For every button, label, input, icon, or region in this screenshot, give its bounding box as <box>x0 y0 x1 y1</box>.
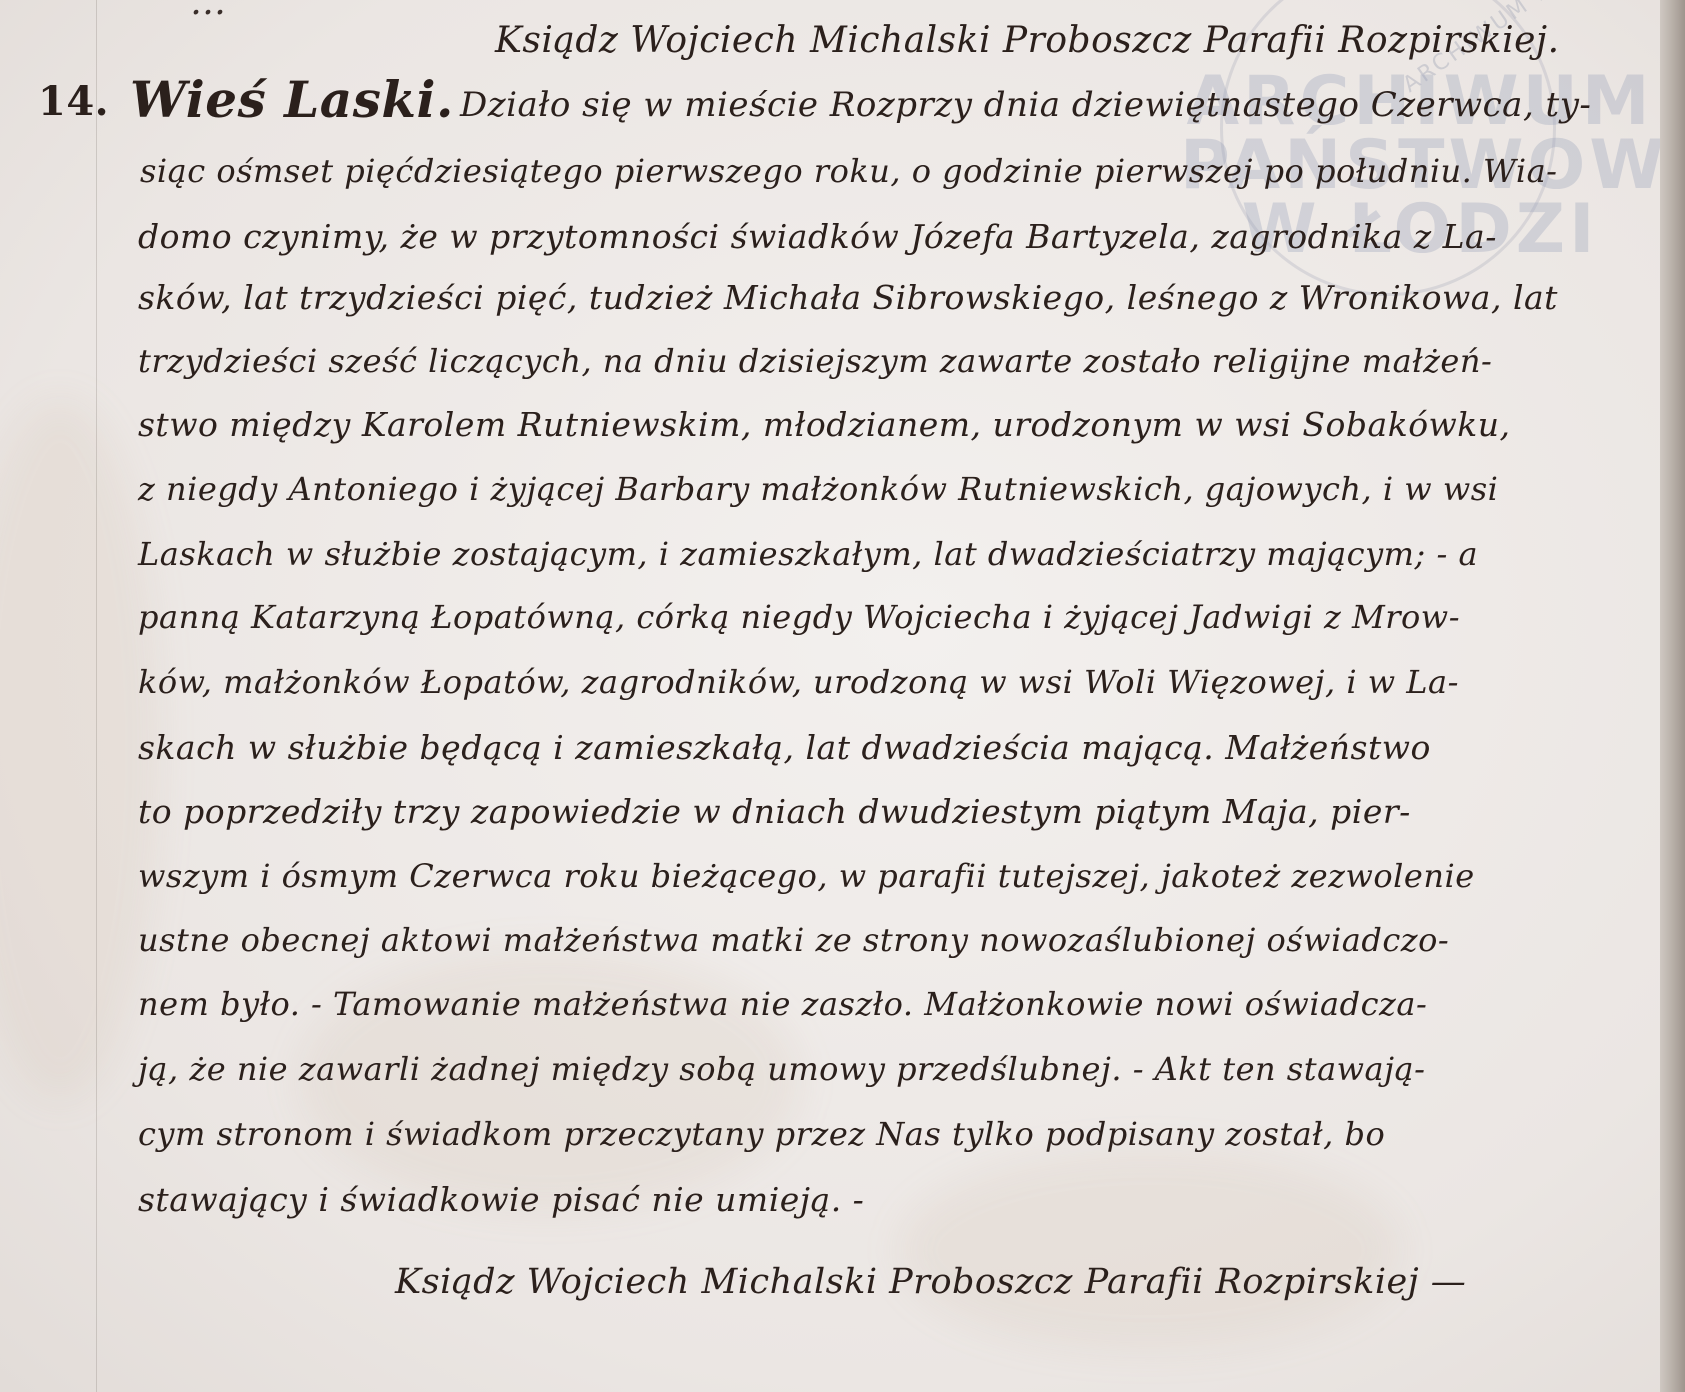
entry-line: sków, lat trzydzieści pięć, tudzież Mich… <box>138 278 1558 317</box>
entry-line: ją, że nie zawarli żadnej między sobą um… <box>138 1050 1425 1088</box>
entry-line: skach w służbie będącą i zamieszkałą, la… <box>138 728 1431 767</box>
entry-village-heading: Wieś Laski. <box>130 70 454 129</box>
entry-line: cym stronom i świadkom przeczytany przez… <box>138 1115 1385 1153</box>
entry-line: stwo między Karolem Rutniewskim, młodzia… <box>138 405 1511 444</box>
scanned-page: ARCHIWUM P ARCHIWUM PAŃSTWOWE W ŁODZI … … <box>0 0 1660 1392</box>
entry-line: Działo się w mieście Rozprzy dnia dziewi… <box>460 85 1591 125</box>
previous-entry-signature: Ksiądz Wojciech Michalski Proboszcz Para… <box>495 20 1560 61</box>
entry-line: wszym i ósmym Czerwca roku bieżącego, w … <box>138 857 1475 895</box>
entry-line: trzydzieści sześć liczących, na dniu dzi… <box>138 342 1492 380</box>
entry-line: siąc ośmset pięćdziesiątego pierwszego r… <box>140 152 1557 190</box>
entry-line: panną Katarzyną Łopatówną, córką niegdy … <box>138 598 1460 636</box>
entry-line: to poprzedziły trzy zapowiedzie w dniach… <box>138 792 1411 831</box>
entry-line: stawający i świadkowie pisać nie umieją.… <box>138 1180 864 1219</box>
entry-line: nem było. - Tamowanie małżeństwa nie zas… <box>138 985 1427 1023</box>
margin-line <box>96 0 97 1392</box>
entry-line: z niegdy Antoniego i żyjącej Barbary mał… <box>138 470 1498 508</box>
paper-stain <box>0 400 160 1100</box>
page-binding-edge <box>1660 0 1685 1392</box>
entry-number: 14. <box>38 78 109 125</box>
entry-line: domo czynimy, że w przytomności świadków… <box>138 217 1497 256</box>
previous-entry-partial-line: … <box>190 0 227 23</box>
entry-signature: Ksiądz Wojciech Michalski Proboszcz Para… <box>395 1262 1466 1302</box>
entry-line: ustne obecnej aktowi małżeństwa matki ze… <box>138 921 1449 959</box>
entry-line: ków, małżonków Łopatów, zagrodników, uro… <box>138 663 1459 701</box>
entry-line: Laskach w służbie zostającym, i zamieszk… <box>138 535 1478 573</box>
paper-stain <box>900 1150 1400 1350</box>
